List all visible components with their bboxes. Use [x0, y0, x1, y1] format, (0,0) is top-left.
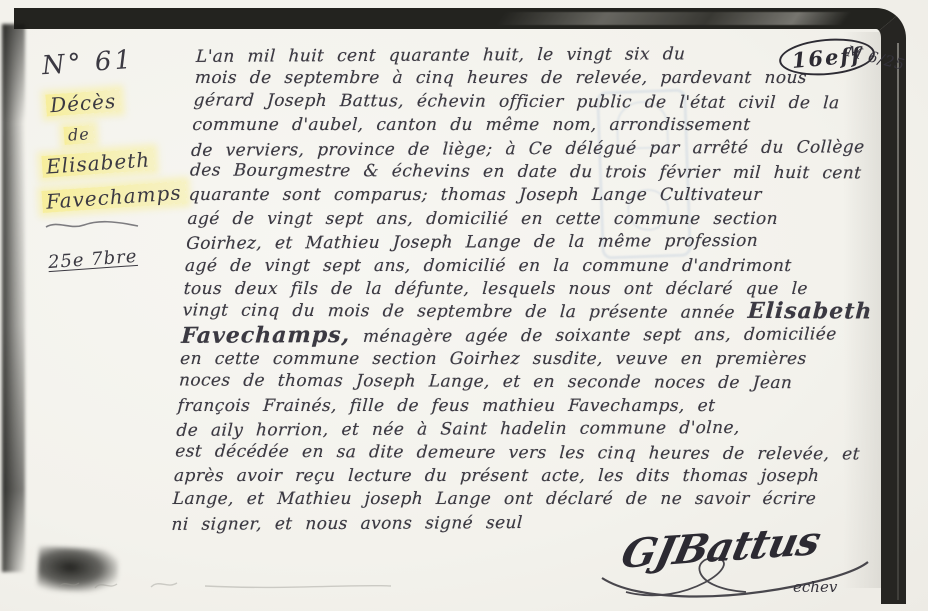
act-line: Goirhez, et Mathieu Joseph Lange de la m… [186, 225, 893, 252]
act-line-text: L'an mil huit cent quarante huit, le vin… [196, 44, 686, 67]
act-line: Favechamps, ménagère agée de soixante se… [181, 319, 888, 346]
left-scan-shadow-band [2, 24, 25, 572]
act-line-text: commune d'aubel, canton du même nom, arr… [192, 115, 751, 135]
margin-annotations: N° 61 Décès de Elisabeth Favechamps 25e … [42, 50, 192, 269]
act-line: est décédée en sa dite demeure vers les … [175, 436, 882, 462]
act-line-text: après avoir reçu lecture du présent acte… [173, 466, 819, 486]
act-line: quarante sont comparus; thomas Joseph La… [188, 180, 895, 203]
act-line: des Bourgmestre & échevins en date du tr… [190, 155, 897, 181]
deceased-first-name: Elisabeth [41, 148, 154, 178]
record-number: N° 61 [41, 47, 135, 79]
margin-flourish [44, 218, 140, 232]
act-line-text: Goirhez, et Mathieu Joseph Lange de la m… [186, 231, 759, 254]
act-line: après avoir reçu lecture du présent acte… [174, 461, 881, 484]
margin-date: 25e 7bre [47, 248, 138, 272]
act-text-body: L'an mil huit cent quarante huit, le vin… [171, 40, 903, 531]
act-line: de aily horrion, et née à Saint hadelin … [176, 412, 883, 439]
act-line-emphasis-start: Favechamps, [181, 322, 351, 349]
act-line: agé de vingt sept ans, domicilié en cett… [187, 204, 894, 227]
margin-title-deces: Décès [45, 89, 121, 116]
act-line-text: est décédée en sa dite demeure vers les … [175, 441, 861, 464]
act-line: tous deux fils de la défunte, lesquels n… [183, 274, 890, 297]
act-line-text: agé de vingt sept ans, domicilié en la c… [185, 256, 793, 276]
act-line-text: quarante sont comparus; thomas Joseph La… [188, 185, 762, 205]
act-line: agé de vingt sept ans, domicilié en la c… [185, 251, 892, 274]
act-line: Lange, et Mathieu joseph Lange ont décla… [172, 484, 879, 507]
act-line: françois Frainés, fille de feus mathieu … [177, 391, 884, 414]
faint-next-entry-fragment [55, 575, 395, 593]
act-line-text: ménagère agée de soixante sept ans, domi… [350, 324, 837, 347]
act-line: de verviers, province de liège; à Ce dél… [191, 132, 898, 159]
act-line-text: des Bourgmestre & échevins en date du tr… [189, 160, 861, 183]
act-line: gérard Joseph Battus, échevin officier p… [193, 85, 900, 111]
scanned-death-record-page: N° 61 Décès de Elisabeth Favechamps 25e … [0, 0, 928, 611]
scan-edge-streak [495, 12, 851, 25]
act-line-text: noces de thomas Joseph Lange, et en seco… [178, 371, 792, 394]
act-line: noces de thomas Joseph Lange, et en seco… [179, 366, 886, 392]
deceased-last-name: Favechamps [41, 181, 186, 213]
act-line-text: gérard Joseph Battus, échevin officier p… [193, 90, 840, 113]
act-line: vingt cinq du mois de septembre de la pr… [182, 296, 889, 322]
act-line: commune d'aubel, canton du même nom, arr… [192, 110, 899, 133]
margin-word-de: de [63, 125, 94, 145]
act-line-text: ni signer, et nous avons signé seul [171, 513, 523, 535]
signature-title: echev [793, 578, 837, 596]
